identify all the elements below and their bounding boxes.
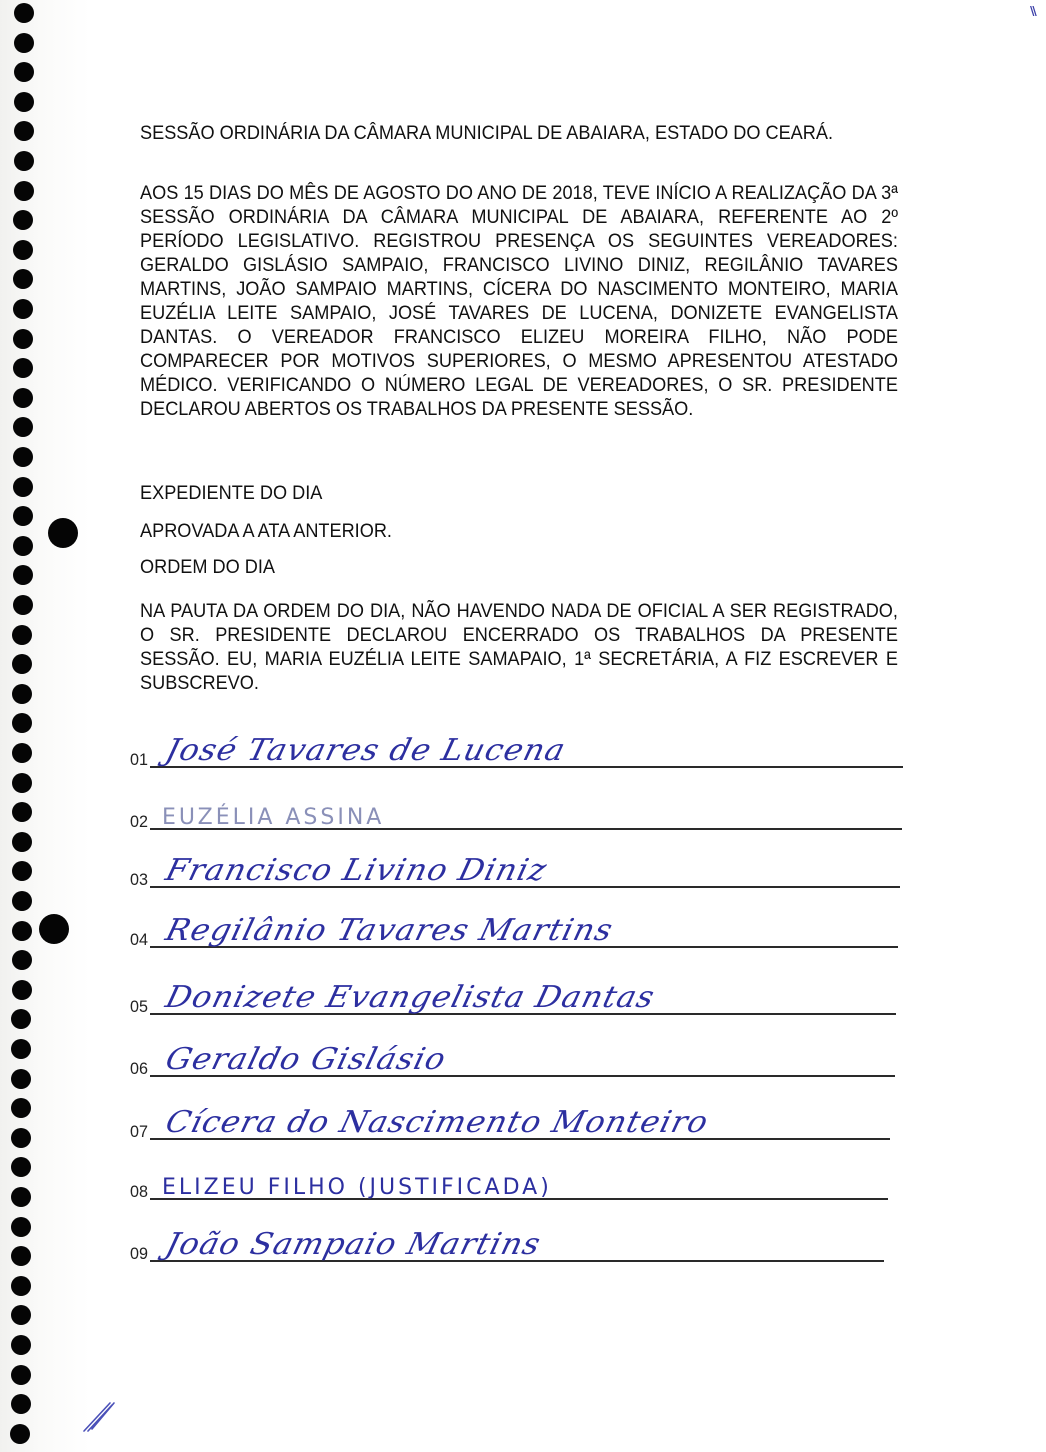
handwritten-signature: Francisco Livino Diniz: [162, 853, 551, 888]
binder-hole: [11, 1157, 31, 1177]
binder-hole: [14, 3, 34, 23]
handwritten-signature: EUZÉLIA ASSINA: [162, 805, 384, 830]
signature-number: 08: [130, 1182, 148, 1202]
signature-row: 06Geraldo Gislásio: [130, 1017, 890, 1079]
signature-number: 06: [130, 1059, 148, 1079]
binder-hole: [13, 447, 33, 467]
punch-hole: [39, 914, 69, 944]
binder-hole: [11, 1039, 31, 1059]
binder-hole: [12, 921, 32, 941]
binder-hole: [11, 1394, 31, 1414]
binder-hole: [11, 1305, 31, 1325]
binder-hole: [12, 832, 32, 852]
binder-hole: [14, 181, 34, 201]
binder-hole: [10, 1424, 30, 1444]
handwritten-signature: ELIZEU FILHO (JUSTIFICADA): [162, 1175, 552, 1200]
binder-hole: [12, 980, 32, 1000]
signature-number: 04: [130, 930, 148, 950]
binder-hole: [12, 802, 32, 822]
binder-hole: [11, 1335, 31, 1355]
handwritten-signature: Cícera do Nascimento Monteiro: [162, 1105, 712, 1140]
handwritten-signature: José Tavares de Lucena: [162, 733, 569, 768]
binder-hole: [12, 950, 32, 970]
binder-hole: [11, 1246, 31, 1266]
handwritten-signature: Donizete Evangelista Dantas: [162, 980, 659, 1015]
corner-ink-mark: \\: [1030, 4, 1042, 18]
signature-number: 07: [130, 1122, 148, 1142]
binder-hole: [13, 210, 33, 230]
binder-hole: [11, 1187, 31, 1207]
signature-row: 09João Sampaio Martins: [130, 1202, 890, 1264]
signature-row: 07Cícera do Nascimento Monteiro: [130, 1080, 890, 1142]
binder-hole: [14, 62, 34, 82]
binder-hole: [11, 1365, 31, 1385]
binder-hole: [12, 654, 32, 674]
scanned-page: \\ SESSÃO ORDINÁRIA DA CÂMARA MUNICIPAL …: [0, 0, 1046, 1452]
binder-hole: [13, 595, 33, 615]
document-title: SESSÃO ORDINÁRIA DA CÂMARA MUNICIPAL DE …: [140, 121, 898, 145]
binder-holes-strip: [0, 0, 60, 1452]
binder-hole: [13, 477, 33, 497]
punch-hole: [48, 518, 78, 548]
signature-row: 08ELIZEU FILHO (JUSTIFICADA): [130, 1140, 890, 1202]
signature-number: 03: [130, 870, 148, 890]
binder-hole: [14, 121, 34, 141]
signature-number: 01: [130, 750, 148, 770]
signature-row: 03Francisco Livino Diniz: [130, 828, 890, 890]
binder-hole: [13, 506, 33, 526]
signature-row: 01José Tavares de Lucena: [130, 708, 890, 770]
binder-hole: [13, 536, 33, 556]
binder-hole: [12, 684, 32, 704]
binder-hole: [13, 358, 33, 378]
binder-hole: [11, 1276, 31, 1296]
closing-paragraph: NA PAUTA DA ORDEM DO DIA, NÃO HAVENDO NA…: [140, 599, 898, 695]
binder-hole: [13, 329, 33, 349]
handwritten-signature: Regilânio Tavares Martins: [162, 913, 617, 948]
binder-hole: [11, 1217, 31, 1237]
binder-hole: [12, 625, 32, 645]
binder-hole: [14, 151, 34, 171]
binder-hole: [12, 743, 32, 763]
ordem-heading: ORDEM DO DIA: [140, 555, 898, 579]
binder-hole: [13, 240, 33, 260]
signature-row: 04Regilânio Tavares Martins: [130, 888, 890, 950]
binder-hole: [14, 33, 34, 53]
binder-hole: [12, 713, 32, 733]
binder-hole: [12, 773, 32, 793]
binder-hole: [11, 1098, 31, 1118]
binder-hole: [11, 1069, 31, 1089]
expediente-text: APROVADA A ATA ANTERIOR.: [140, 519, 898, 543]
binder-hole: [13, 269, 33, 289]
binder-hole: [14, 92, 34, 112]
signature-row: 02EUZÉLIA ASSINA: [130, 770, 890, 832]
opening-paragraph: AOS 15 DIAS DO MÊS DE AGOSTO DO ANO DE 2…: [140, 181, 898, 421]
signature-row: 05Donizete Evangelista Dantas: [130, 955, 890, 1017]
binder-hole: [13, 417, 33, 437]
binder-hole: [11, 1009, 31, 1029]
binder-hole: [13, 299, 33, 319]
pen-stroke-mark: [80, 1395, 120, 1435]
binder-hole: [12, 891, 32, 911]
binder-hole: [13, 565, 33, 585]
expediente-heading: EXPEDIENTE DO DIA: [140, 481, 898, 505]
binder-hole: [13, 388, 33, 408]
handwritten-signature: Geraldo Gislásio: [162, 1042, 450, 1077]
handwritten-signature: João Sampaio Martins: [162, 1227, 545, 1262]
binder-hole: [12, 861, 32, 881]
signature-number: 09: [130, 1244, 148, 1264]
binder-hole: [11, 1128, 31, 1148]
signature-number: 05: [130, 997, 148, 1017]
